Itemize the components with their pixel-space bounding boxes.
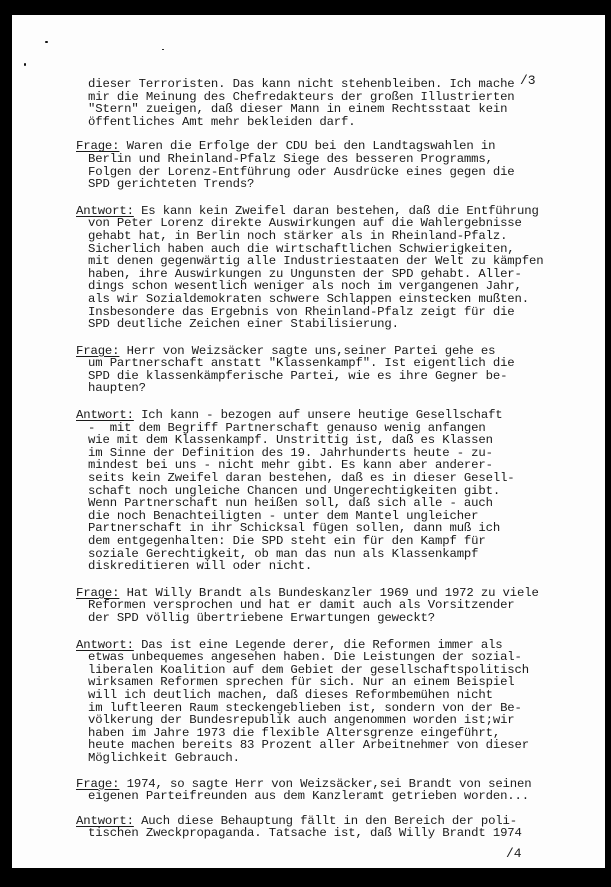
text-line: um Partnerschaft anstatt "Klassenkampf".…: [76, 357, 596, 370]
intro-paragraph: dieser Terroristen. Das kann nicht stehe…: [76, 78, 596, 128]
document-body: dieser Terroristen. Das kann nicht stehe…: [76, 78, 596, 840]
answer-block: Antwort: Es kann kein Zweifel daran best…: [76, 205, 596, 331]
text-line: SPD die klassenkämpferische Partei, wie …: [76, 370, 596, 383]
text-line: will ich deutlich machen, daß dieses Ref…: [76, 689, 596, 702]
question-block: Frage: Waren die Erfolge der CDU bei den…: [76, 140, 596, 190]
text-line: SPD gerichteten Trends?: [76, 178, 596, 191]
text-line: mit denen gegenwärtig alle Industriestaa…: [76, 255, 596, 268]
answer-block: Antwort: Ich kann - bezogen auf unsere h…: [76, 409, 596, 573]
answer-block: Antwort: Das ist eine Legende derer, die…: [76, 639, 596, 765]
text-line: dem entgegenhalten: Die SPD steht ein fü…: [76, 535, 596, 548]
text-line: diskreditieren will oder nicht.: [76, 560, 596, 573]
text-line: Wenn Partnerschaft nun heißen soll, daß …: [76, 497, 596, 510]
answer-label: Antwort:: [76, 408, 134, 422]
text-line: Berlin und Rheinland-Pfalz Siege des bes…: [76, 153, 596, 166]
text-line: haupten?: [76, 382, 596, 395]
text-line: der SPD völlig übertriebene Erwartungen …: [76, 612, 596, 625]
text-line: "Stern" zueigen, daß dieser Mann in eine…: [76, 103, 596, 116]
question-block: Frage: Hat Willy Brandt als Bundeskanzle…: [76, 587, 596, 625]
text-line: tischen Zweckpropaganda. Tatsache ist, d…: [76, 827, 596, 840]
text-line: öffentliches Amt mehr bekleiden darf.: [76, 116, 596, 129]
answer-block: Antwort: Auch diese Behauptung fällt in …: [76, 815, 596, 840]
page-marker-bottom: /4: [506, 846, 522, 861]
text-line: völkerung der Bundesrepublik auch angeno…: [76, 714, 596, 727]
text-line: SPD deutliche Zeichen einer Stabilisieru…: [76, 318, 596, 331]
scan-speck: [24, 63, 26, 66]
text-line: dieser Terroristen. Das kann nicht stehe…: [76, 78, 596, 91]
text-line: seits kein Zweifel daran bestehen, daß e…: [76, 472, 596, 485]
text-fragment: Ich kann - bezogen auf unsere heutige Ge…: [134, 408, 503, 422]
text-line: als wir Sozialdemokraten schwere Schlapp…: [76, 293, 596, 306]
scan-speck: [45, 41, 48, 43]
text-line: etwas unbequemes angesehen haben. Die Le…: [76, 651, 596, 664]
scan-speck: [162, 49, 164, 50]
question-block: Frage: Herr von Weizsäcker sagte uns,sei…: [76, 345, 596, 395]
text-line: Möglichkeit Gebrauch.: [76, 752, 596, 765]
text-line: eigenen Parteifreunden aus dem Kanzleram…: [76, 790, 596, 803]
text-line: gehabt hat, in Berlin noch stärker als i…: [76, 230, 596, 243]
text-line: wie mit dem Klassenkampf. Unstrittig ist…: [76, 434, 596, 447]
question-block: Frage: 1974, so sagte Herr von Weizsäcke…: [76, 778, 596, 803]
text-line: Antwort: Ich kann - bezogen auf unsere h…: [76, 409, 596, 422]
